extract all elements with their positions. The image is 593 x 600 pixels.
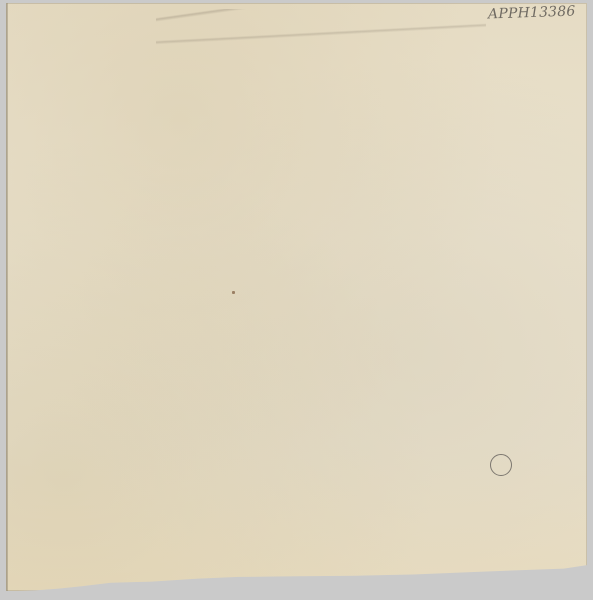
scan-background: APPH13386 — [0, 0, 593, 600]
paper-left-edge — [6, 3, 8, 591]
library-stamp-icon — [490, 454, 512, 476]
fold-streak — [156, 9, 486, 49]
paper-sheet — [6, 3, 587, 591]
catalog-number: APPH13386 — [488, 3, 576, 22]
paper-speck — [232, 291, 235, 294]
